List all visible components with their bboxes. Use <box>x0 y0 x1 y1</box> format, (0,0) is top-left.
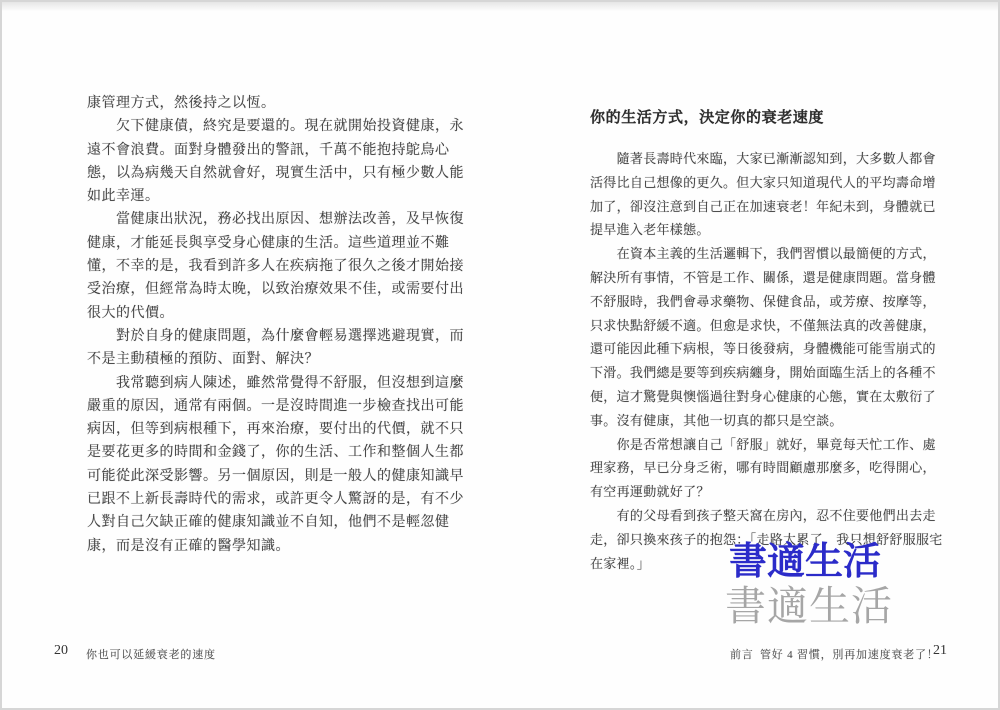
right-footer-section-label: 前言 <box>730 646 754 662</box>
text-line: 是要花更多的時間和金錢了，你的生活、工作和整個人生都 <box>87 441 437 464</box>
text-line: 健康，才能延長與享受身心健康的生活。這些道理並不難 <box>87 232 437 255</box>
text-line: 理家務，早已分身乏術，哪有時間顧慮那麼多，吃得開心， <box>590 456 912 480</box>
right-page-number: 21 <box>933 643 947 659</box>
text-line: 欠下健康債，終究是要還的。現在就開始投資健康，永 <box>87 115 437 138</box>
text-line: 在資本主義的生活邏輯下，我們習慣以最簡便的方式， <box>590 242 912 266</box>
text-line: 康管理方式，然後持之以恆。 <box>87 92 437 115</box>
text-line: 便，這才驚覺與懊惱過往對身心健康的心態，實在太敷衍了 <box>590 385 912 409</box>
text-line: 隨著長壽時代來臨，大家已漸漸認知到，大多數人都會 <box>590 147 912 171</box>
text-line: 你是否常想讓自己「舒服」就好，畢竟每天忙工作、處 <box>590 433 912 457</box>
text-line: 解決所有事情，不管是工作、關係，還是健康問題。當身體 <box>590 266 912 290</box>
text-line: 有的父母看到孩子整天窩在房內，忍不住要他們出去走 <box>590 504 912 528</box>
left-page-number: 20 <box>54 643 68 659</box>
text-line: 態，以為病幾天自然就會好，現實生活中，只有極少數人能 <box>87 162 437 185</box>
section-heading: 你的生活方式，決定你的衰老速度 <box>590 106 824 127</box>
text-line: 受治療，但經常為時太晚，以致治療效果不佳，或需要付出 <box>87 278 437 301</box>
text-line: 當健康出狀況，務必找出原因、想辦法改善，及早恢復 <box>87 208 437 231</box>
text-line: 不舒服時，我們會尋求藥物、保健食品，或芳療、按摩等， <box>590 290 912 314</box>
text-line: 只求快點舒緩不適。但愈是求快，不僅無法真的改善健康， <box>590 314 912 338</box>
text-line: 還可能因此種下病根，等日後發病，身體機能可能雪崩式的 <box>590 337 912 361</box>
text-line: 病因，但等到病根種下，再來治療，要付出的代價，就不只 <box>87 418 437 441</box>
left-footer-chapter-title: 你也可以延緩衰老的速度 <box>86 646 216 662</box>
text-line: 提早進入老年樣態。 <box>590 218 912 242</box>
text-line: 康，而是沒有正確的醫學知識。 <box>87 535 437 558</box>
text-line: 可能從此深受影響。另一個原因，則是一般人的健康知識早 <box>87 465 437 488</box>
scan-top-edge-shadow <box>2 2 998 11</box>
text-line: 有空再運動就好了？ <box>590 480 912 504</box>
text-line: 人對自己欠缺正確的健康知識並不自知，他們不是輕忽健 <box>87 511 437 534</box>
text-line: 加了，卻沒注意到自己正在加速衰老！年紀未到，身體就已 <box>590 195 912 219</box>
text-line: 如此幸運。 <box>87 185 437 208</box>
right-page-text: 隨著長壽時代來臨，大家已漸漸認知到，大多數人都會活得比自己想像的更久。但大家只知… <box>590 147 912 575</box>
left-page-text: 康管理方式，然後持之以恆。 欠下健康債，終究是要還的。現在就開始投資健康，永遠不… <box>87 92 437 558</box>
book-spread-scan: 康管理方式，然後持之以恆。 欠下健康債，終究是要還的。現在就開始投資健康，永遠不… <box>0 0 1000 710</box>
text-line: 活得比自己想像的更久。但大家只知道現代人的平均壽命增 <box>590 171 912 195</box>
publisher-watermark-gray: 書適生活 <box>725 573 893 632</box>
text-line: 事。沒有健康，其他一切真的都只是空談。 <box>590 409 912 433</box>
text-line: 不是主動積極的預防、面對、解決？ <box>87 348 437 371</box>
text-line: 遠不會浪費。面對身體發出的警訊，千萬不能抱持鴕鳥心 <box>87 139 437 162</box>
text-line: 我常聽到病人陳述，雖然常覺得不舒服，但沒想到這麼 <box>87 372 437 395</box>
text-line: 很大的代價。 <box>87 302 437 325</box>
text-line: 下滑。我們總是要等到疾病纏身，開始面臨生活上的各種不 <box>590 361 912 385</box>
text-line: 嚴重的原因，通常有兩個。一是沒時間進一步檢查找出可能 <box>87 395 437 418</box>
text-line: 懂，不幸的是，我看到許多人在疾病拖了很久之後才開始接 <box>87 255 437 278</box>
text-line: 對於自身的健康問題，為什麼會輕易選擇逃避現實，而 <box>87 325 437 348</box>
right-footer-chapter-title: 管好 4 習慣，別再加速度衰老了！ <box>760 646 939 662</box>
text-line: 已跟不上新長壽時代的需求，或許更令人驚訝的是，有不少 <box>87 488 437 511</box>
